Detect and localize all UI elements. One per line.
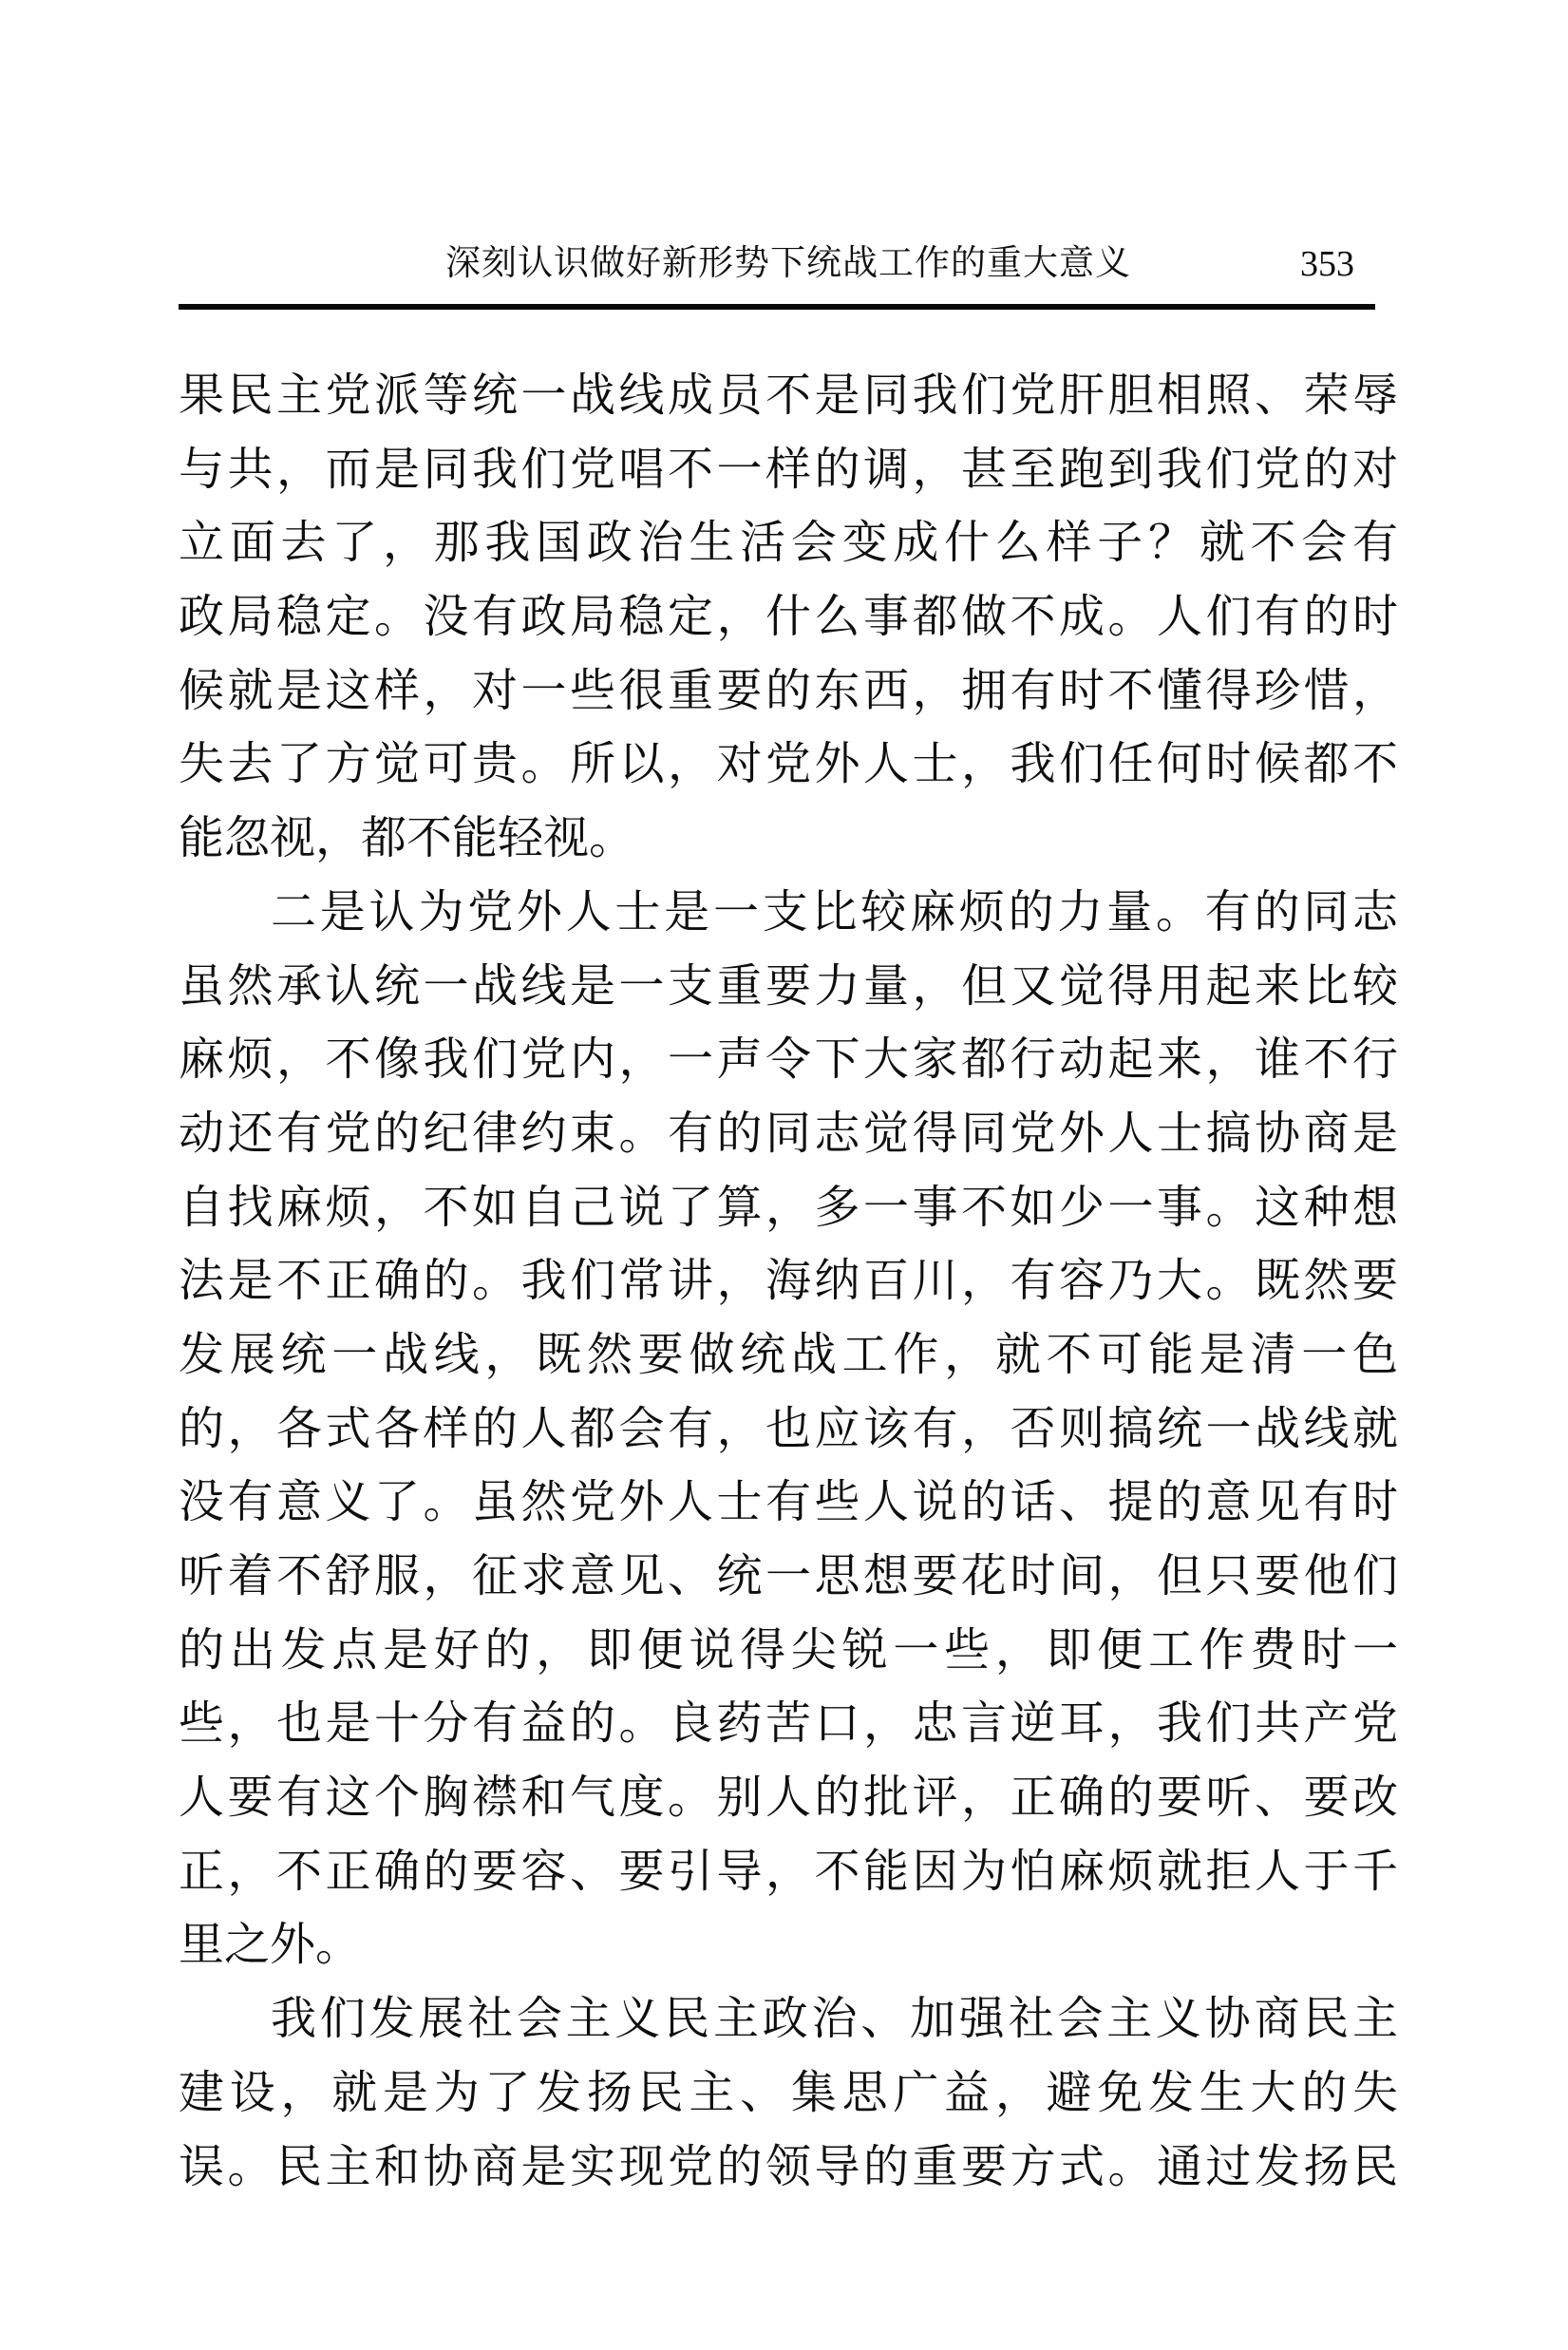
text-line: 政局稳定。没有政局稳定，什么事都做不成。人们有的时 bbox=[179, 580, 1398, 654]
text-line: 建设，就是为了发扬民主、集思广益，避免发生大的失 bbox=[179, 2056, 1398, 2131]
running-head-title: 深刻认识做好新形势下统战工作的重大意义 bbox=[179, 239, 1398, 289]
text-line: 误。民主和协商是实现党的领导的重要方式。通过发扬民 bbox=[179, 2131, 1398, 2205]
page-number: 353 bbox=[1300, 239, 1354, 289]
book-page: 深刻认识做好新形势下统战工作的重大意义 353 果民主党派等统一战线成员不是同我… bbox=[0, 0, 1568, 2350]
page-header: 深刻认识做好新形势下统战工作的重大意义 353 bbox=[179, 239, 1398, 289]
text-line: 人要有这个胸襟和气度。别人的批评，正确的要听、要改 bbox=[179, 1761, 1398, 1835]
text-line: 的，各式各样的人都会有，也应该有，否则搞统一战线就 bbox=[179, 1393, 1398, 1467]
text-line-paragraph-end: 里之外。 bbox=[179, 1908, 1398, 1982]
text-line: 正，不正确的要容、要引导，不能因为怕麻烦就拒人于千 bbox=[179, 1835, 1398, 1909]
page-body: 果民主党派等统一战线成员不是同我们党肝胆相照、荣辱 与共，而是同我们党唱不一样的… bbox=[179, 359, 1398, 2204]
text-line: 与共，而是同我们党唱不一样的调，甚至跑到我们党的对 bbox=[179, 433, 1398, 507]
text-line: 的出发点是好的，即便说得尖锐一些，即便工作费时一 bbox=[179, 1614, 1398, 1688]
text-line: 些，也是十分有益的。良药苦口，忠言逆耳，我们共产党 bbox=[179, 1687, 1398, 1761]
text-line: 立面去了，那我国政治生活会变成什么样子？就不会有 bbox=[179, 506, 1398, 580]
text-line: 候就是这样，对一些很重要的东西，拥有时不懂得珍惜， bbox=[179, 654, 1398, 729]
text-line-paragraph-start: 我们发展社会主义民主政治、加强社会主义协商民主 bbox=[179, 1982, 1398, 2056]
text-line: 果民主党派等统一战线成员不是同我们党肝胆相照、荣辱 bbox=[179, 359, 1398, 433]
text-line: 听着不舒服，征求意见、统一思想要花时间，但只要他们 bbox=[179, 1540, 1398, 1614]
text-line: 发展统一战线，既然要做统战工作，就不可能是清一色 bbox=[179, 1318, 1398, 1393]
text-line: 麻烦，不像我们党内，一声令下大家都行动起来，谁不行 bbox=[179, 1023, 1398, 1097]
text-line: 动还有党的纪律约束。有的同志觉得同党外人士搞协商是 bbox=[179, 1097, 1398, 1171]
text-line-paragraph-end: 能忽视，都不能轻视。 bbox=[179, 802, 1398, 876]
header-rule bbox=[179, 304, 1375, 310]
text-line: 自找麻烦，不如自己说了算，多一事不如少一事。这种想 bbox=[179, 1171, 1398, 1245]
text-line: 法是不正确的。我们常讲，海纳百川，有容乃大。既然要 bbox=[179, 1244, 1398, 1318]
text-line-paragraph-start: 二是认为党外人士是一支比较麻烦的力量。有的同志 bbox=[179, 876, 1398, 950]
text-line: 没有意义了。虽然党外人士有些人说的话、提的意见有时 bbox=[179, 1466, 1398, 1540]
text-line: 虽然承认统一战线是一支重要力量，但又觉得用起来比较 bbox=[179, 950, 1398, 1024]
text-line: 失去了方觉可贵。所以，对党外人士，我们任何时候都不 bbox=[179, 728, 1398, 802]
